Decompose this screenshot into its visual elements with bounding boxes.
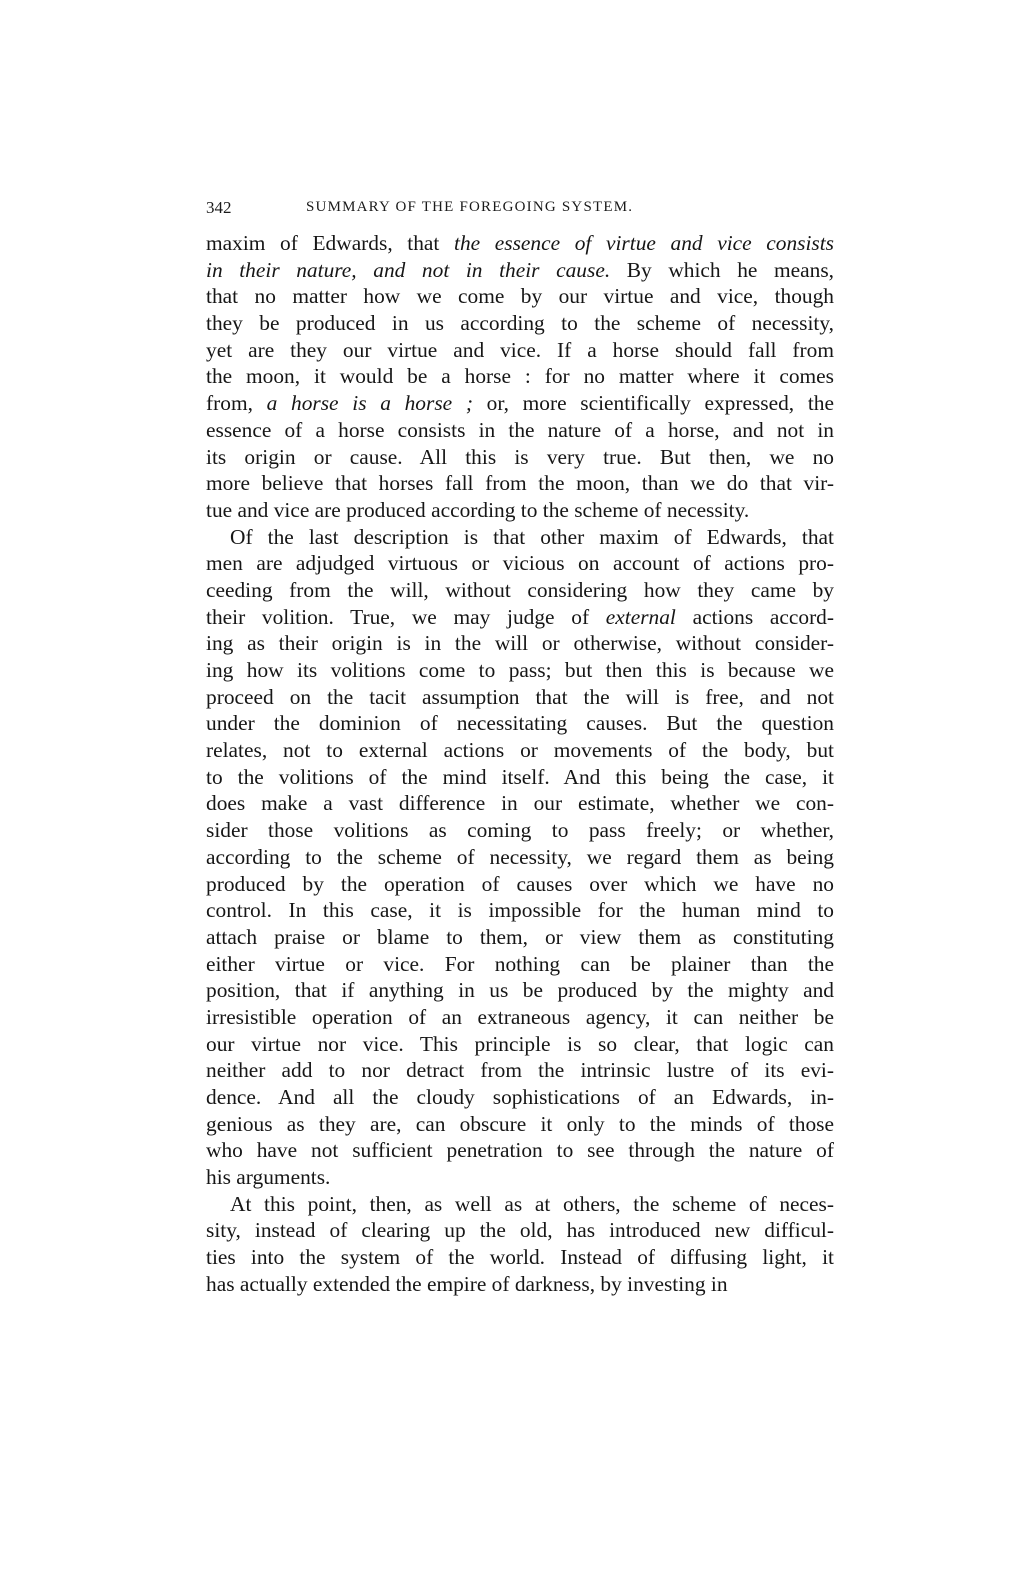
text-line: ing as their origin is in the will or ot… <box>206 630 834 657</box>
text-run: dence. And all the cloudy sophistication… <box>206 1085 834 1109</box>
text-run: irresistible operation of an extraneous … <box>206 1005 834 1029</box>
text-line: its origin or cause. All this is very tr… <box>206 444 834 471</box>
text-line: position, that if anything in us be prod… <box>206 977 834 1004</box>
text-run: neither add to nor detract from the intr… <box>206 1058 834 1082</box>
text-run: their volition. True, we may judge of <box>206 605 606 629</box>
text-run: genious as they are, can obscure it only… <box>206 1112 834 1136</box>
text-run: control. In this case, it is impossible … <box>206 898 834 922</box>
body-text: maxim of Edwards, that the essence of vi… <box>206 230 834 1298</box>
text-line: sity, instead of clearing up the old, ha… <box>206 1217 834 1244</box>
text-line: Of the last description is that other ma… <box>206 524 834 551</box>
page-number: 342 <box>206 198 232 218</box>
text-line: irresistible operation of an extraneous … <box>206 1004 834 1031</box>
text-line: from, a horse is a horse ; or, more scie… <box>206 390 834 417</box>
italic-text: in their nature, and not in their cause. <box>206 258 610 282</box>
text-run: or, more scientifically expressed, the <box>473 391 834 415</box>
text-run: position, that if anything in us be prod… <box>206 978 834 1002</box>
text-line: has actually extended the empire of dark… <box>206 1271 834 1298</box>
text-line: to the volitions of the mind itself. And… <box>206 764 834 791</box>
text-run: ceeding from the will, without consideri… <box>206 578 834 602</box>
text-line: control. In this case, it is impossible … <box>206 897 834 924</box>
text-line: that no matter how we come by our virtue… <box>206 283 834 310</box>
text-run: ing as their origin is in the will or ot… <box>206 631 834 655</box>
text-run: sider those volitions as coming to pass … <box>206 818 834 842</box>
paragraph: At this point, then, as well as at other… <box>206 1191 834 1298</box>
text-line: produced by the operation of causes over… <box>206 871 834 898</box>
book-page: 342 SUMMARY OF THE FOREGOING SYSTEM. max… <box>0 0 1011 1580</box>
text-line: either virtue or vice. For nothing can b… <box>206 951 834 978</box>
text-run: proceed on the tacit assumption that the… <box>206 685 834 709</box>
text-run: ing how its volitions come to pass; but … <box>206 658 834 682</box>
text-run: according to the scheme of necessity, we… <box>206 845 834 869</box>
text-line: attach praise or blame to them, or view … <box>206 924 834 951</box>
text-run: attach praise or blame to them, or view … <box>206 925 834 949</box>
text-line: relates, not to external actions or move… <box>206 737 834 764</box>
text-line: who have not sufficient penetration to s… <box>206 1137 834 1164</box>
text-run: yet are they our virtue and vice. If a h… <box>206 338 834 362</box>
running-header: 342 SUMMARY OF THE FOREGOING SYSTEM. <box>206 198 834 220</box>
text-line: ing how its volitions come to pass; but … <box>206 657 834 684</box>
text-line: proceed on the tacit assumption that the… <box>206 684 834 711</box>
text-line: yet are they our virtue and vice. If a h… <box>206 337 834 364</box>
text-line: maxim of Edwards, that the essence of vi… <box>206 230 834 257</box>
text-line: essence of a horse consists in the natur… <box>206 417 834 444</box>
text-run: under the dominion of necessitating caus… <box>206 711 834 735</box>
text-run: essence of a horse consists in the natur… <box>206 418 834 442</box>
text-line: his arguments. <box>206 1164 834 1191</box>
italic-text: the essence of virtue and vice consists <box>454 231 834 255</box>
running-title: SUMMARY OF THE FOREGOING SYSTEM. <box>306 199 633 216</box>
text-run: from, <box>206 391 267 415</box>
text-run: At this point, then, as well as at other… <box>230 1192 834 1216</box>
text-line: does make a vast difference in our estim… <box>206 790 834 817</box>
text-line: more believe that horses fall from the m… <box>206 470 834 497</box>
text-run: does make a vast difference in our estim… <box>206 791 834 815</box>
text-run: relates, not to external actions or move… <box>206 738 834 762</box>
text-run: its origin or cause. All this is very tr… <box>206 445 834 469</box>
paragraph: maxim of Edwards, that the essence of vi… <box>206 230 834 524</box>
text-line: the moon, it would be a horse : for no m… <box>206 363 834 390</box>
text-line: ties into the system of the world. Inste… <box>206 1244 834 1271</box>
text-run: Of the last description is that other ma… <box>230 525 834 549</box>
text-run: actions accord- <box>676 605 834 629</box>
text-line: dence. And all the cloudy sophistication… <box>206 1084 834 1111</box>
text-line: ceeding from the will, without consideri… <box>206 577 834 604</box>
text-run: more believe that horses fall from the m… <box>206 471 834 495</box>
text-run: has actually extended the empire of dark… <box>206 1272 728 1296</box>
text-run: produced by the operation of causes over… <box>206 872 834 896</box>
text-run: ties into the system of the world. Inste… <box>206 1245 834 1269</box>
text-line: in their nature, and not in their cause.… <box>206 257 834 284</box>
text-line: our virtue nor vice. This principle is s… <box>206 1031 834 1058</box>
text-line: their volition. True, we may judge of ex… <box>206 604 834 631</box>
text-run: our virtue nor vice. This principle is s… <box>206 1032 834 1056</box>
text-run: By which he means, <box>610 258 834 282</box>
text-run: to the volitions of the mind itself. And… <box>206 765 834 789</box>
text-run: maxim of Edwards, that <box>206 231 454 255</box>
text-run: tue and vice are produced according to t… <box>206 498 749 522</box>
text-line: tue and vice are produced according to t… <box>206 497 834 524</box>
text-line: under the dominion of necessitating caus… <box>206 710 834 737</box>
text-line: neither add to nor detract from the intr… <box>206 1057 834 1084</box>
text-run: the moon, it would be a horse : for no m… <box>206 364 834 388</box>
paragraph: Of the last description is that other ma… <box>206 524 834 1191</box>
text-line: sider those volitions as coming to pass … <box>206 817 834 844</box>
text-run: his arguments. <box>206 1165 330 1189</box>
text-run: that no matter how we come by our virtue… <box>206 284 834 308</box>
text-run: who have not sufficient penetration to s… <box>206 1138 834 1162</box>
text-line: they be produced in us according to the … <box>206 310 834 337</box>
text-run: they be produced in us according to the … <box>206 311 834 335</box>
text-line: genious as they are, can obscure it only… <box>206 1111 834 1138</box>
text-line: men are adjudged virtuous or vicious on … <box>206 550 834 577</box>
text-line: according to the scheme of necessity, we… <box>206 844 834 871</box>
text-run: sity, instead of clearing up the old, ha… <box>206 1218 834 1242</box>
text-line: At this point, then, as well as at other… <box>206 1191 834 1218</box>
text-run: men are adjudged virtuous or vicious on … <box>206 551 834 575</box>
italic-text: a horse is a horse ; <box>267 391 473 415</box>
text-run: either virtue or vice. For nothing can b… <box>206 952 834 976</box>
italic-text: external <box>606 605 676 629</box>
